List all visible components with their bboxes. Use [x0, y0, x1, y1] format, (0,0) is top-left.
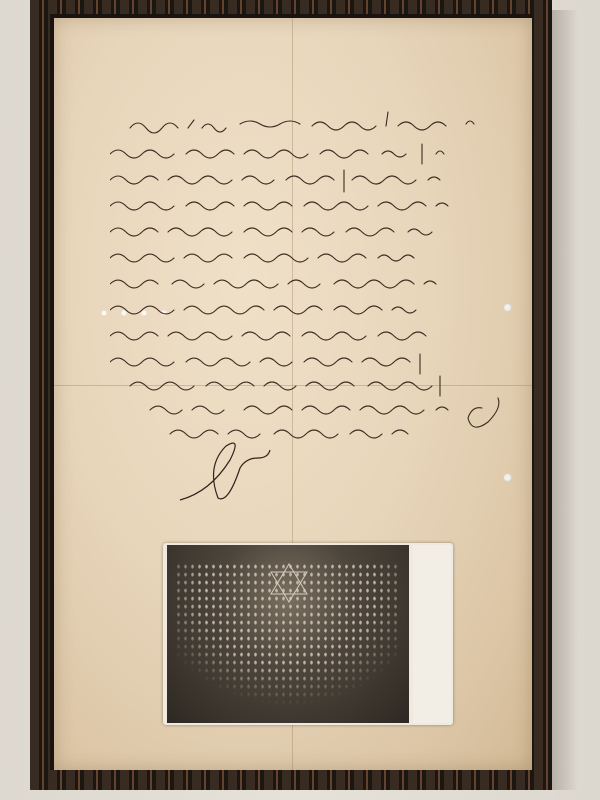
star-of-david-icon — [267, 561, 311, 605]
handwritten-letter — [110, 108, 526, 452]
frame-shadow — [548, 10, 578, 790]
attached-group-photograph — [163, 543, 453, 725]
punch-hole — [503, 473, 512, 482]
photo-image — [167, 545, 409, 723]
signature — [170, 430, 280, 510]
photo-blank-margin — [413, 545, 451, 723]
handwriting-strokes — [110, 108, 526, 448]
photo-caption — [169, 545, 447, 557]
